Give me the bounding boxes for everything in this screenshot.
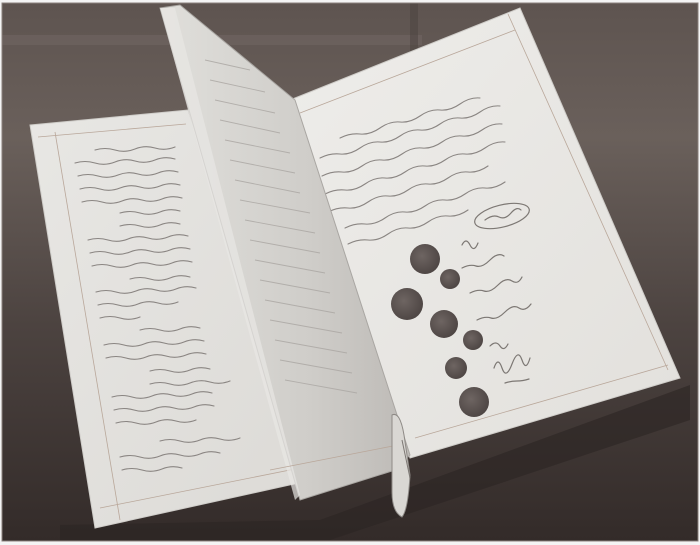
- wax-seal: [440, 269, 460, 289]
- wax-seal: [463, 330, 483, 350]
- wax-seal: [410, 244, 440, 274]
- wax-seal: [391, 288, 423, 320]
- wax-seal: [430, 310, 458, 338]
- document-photograph: [0, 0, 700, 545]
- wax-seal: [445, 357, 467, 379]
- photo-frame: Open bound manuscript treaty document di…: [0, 0, 700, 545]
- wax-seal: [459, 387, 489, 417]
